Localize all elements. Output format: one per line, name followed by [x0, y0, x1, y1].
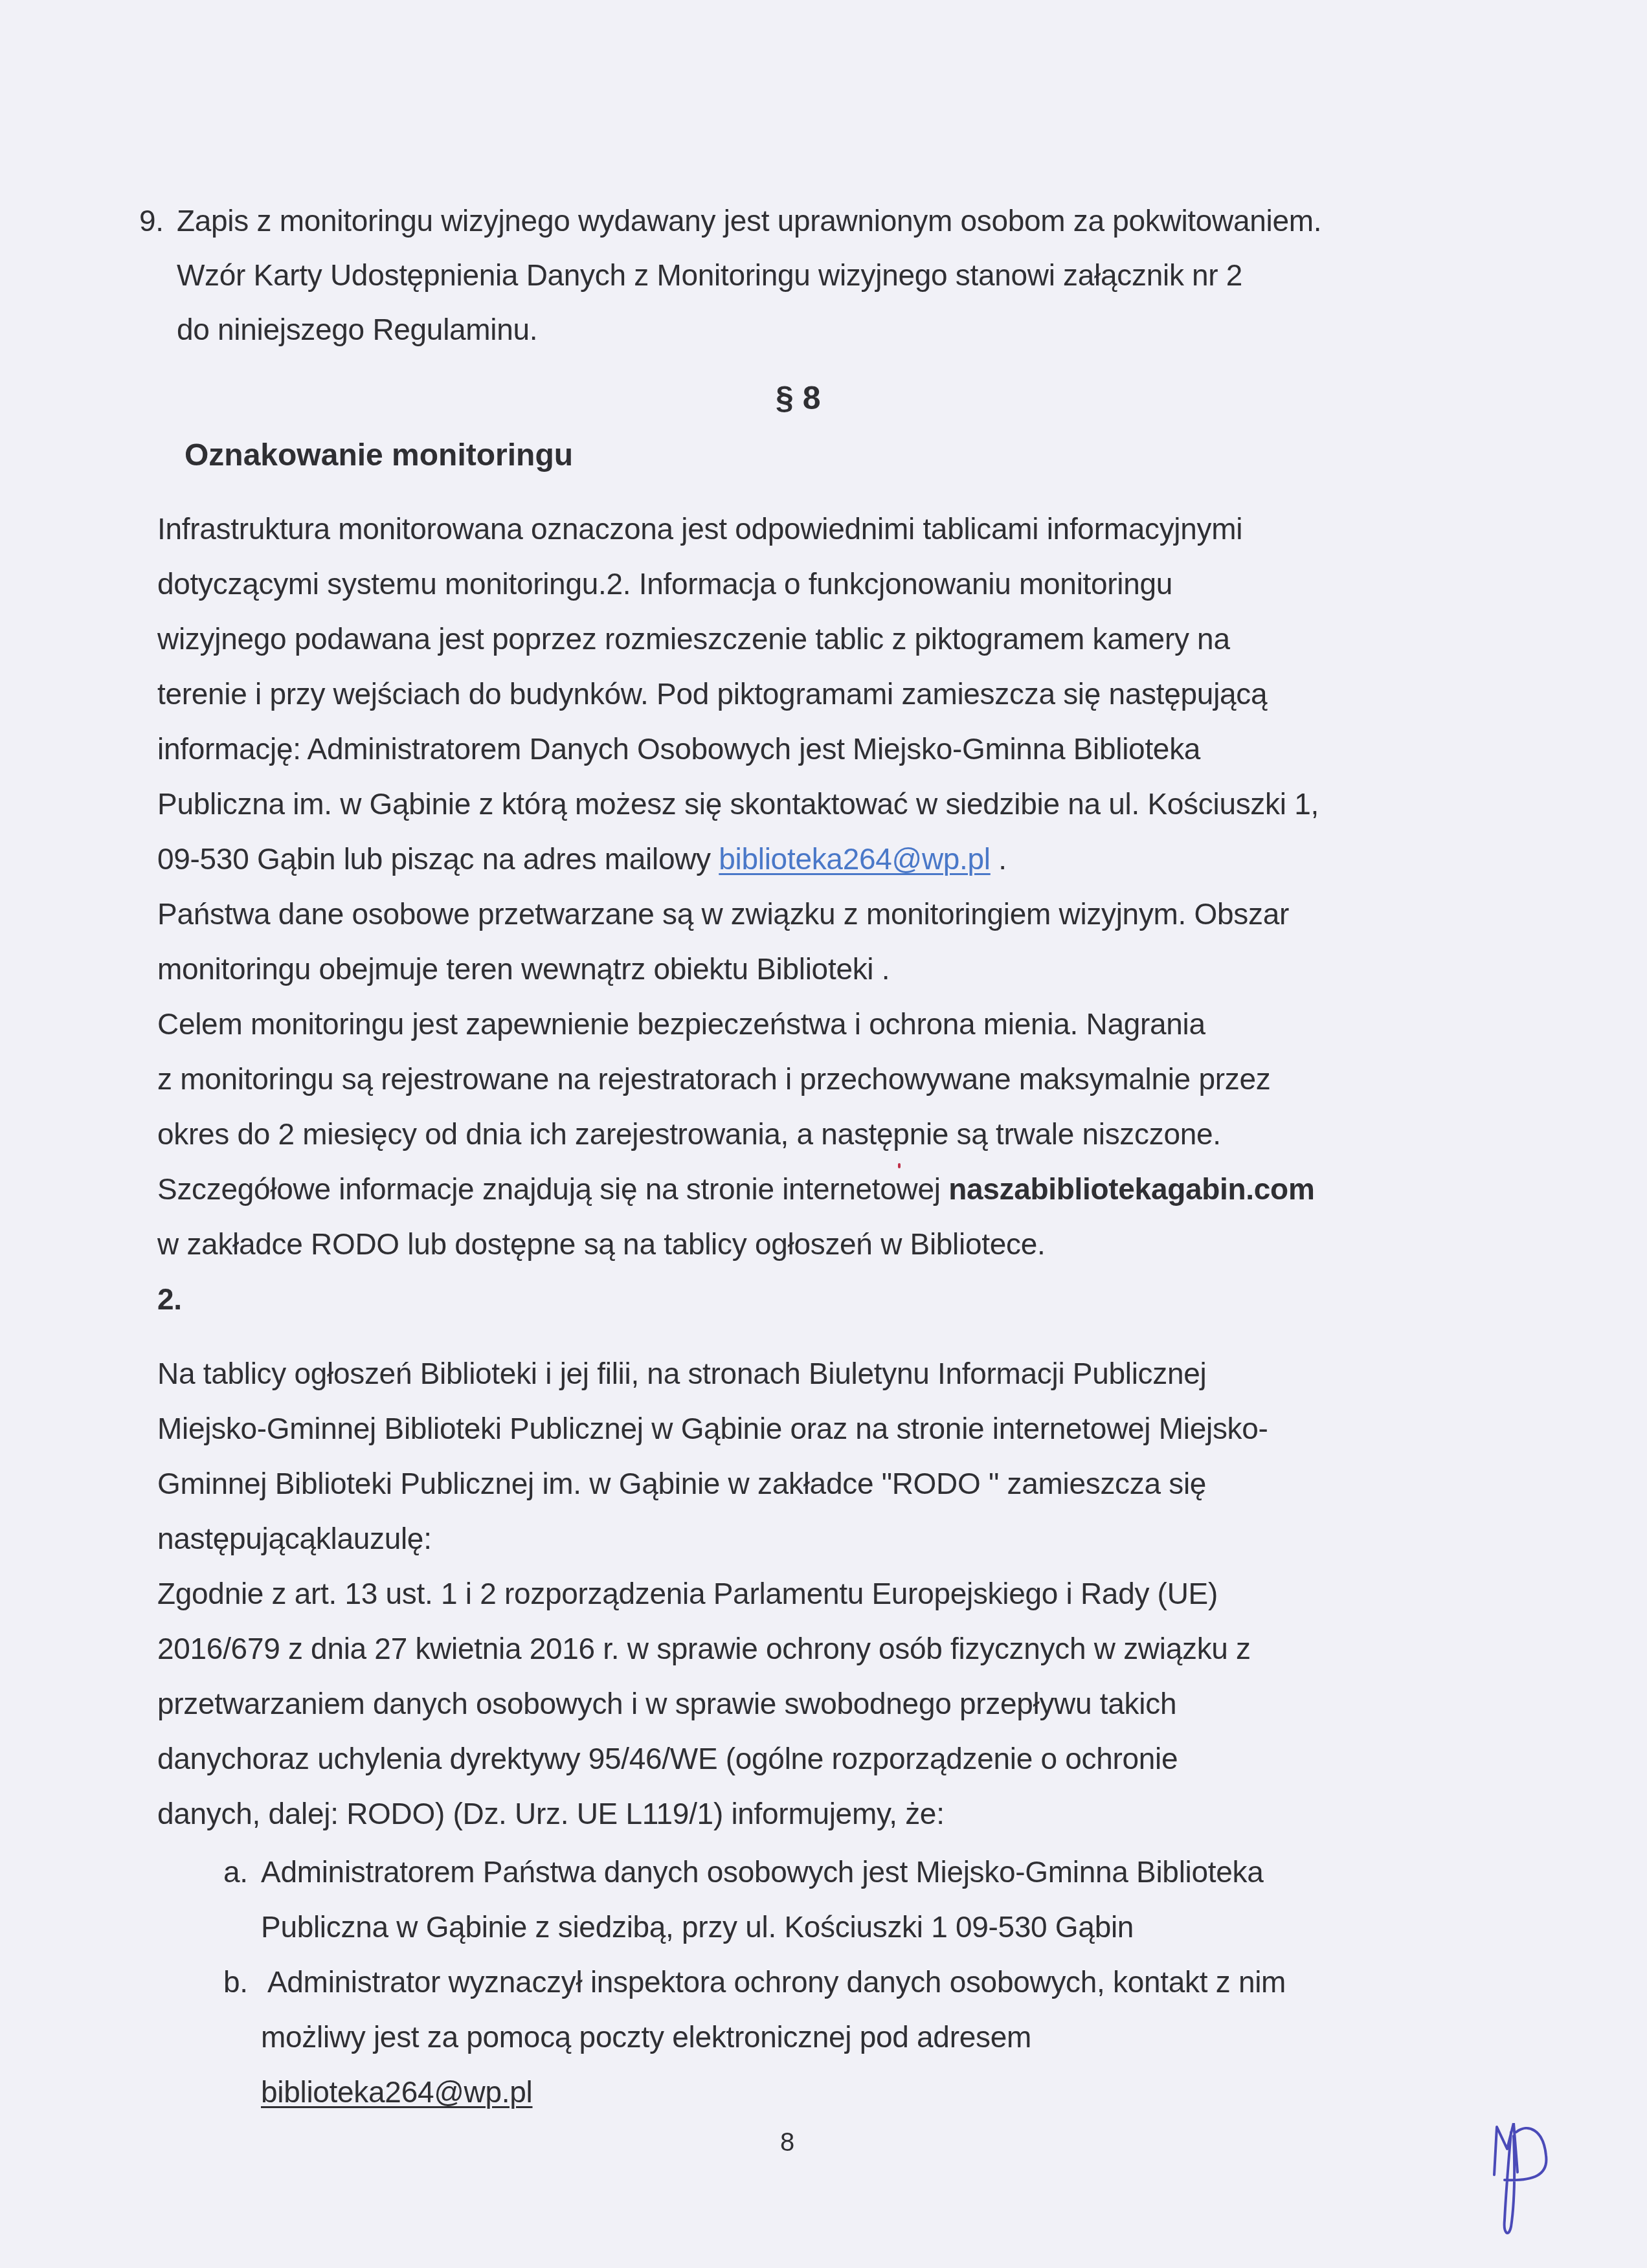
item-9-line-3: do niniejszego Regulaminu.	[177, 315, 537, 344]
paragraph-1-line: w zakładce RODO lub dostępne są na tabli…	[157, 1229, 1045, 1259]
paragraph-2-line: Gminnej Biblioteki Publicznej im. w Gąbi…	[157, 1469, 1206, 1498]
paragraph-1-line: z monitoringu są rejestrowane na rejestr…	[157, 1064, 1270, 1094]
paragraph-1-email-line: 09-530 Gąbin lub pisząc na adres mailowy…	[157, 844, 1007, 874]
paragraph-2-line: Miejsko-Gminnej Biblioteki Publicznej w …	[157, 1414, 1268, 1443]
section-symbol: § 8	[776, 379, 821, 417]
website-name: naszabibliotekagabin.com	[948, 1172, 1314, 1206]
paragraph-1-line: informację: Administratorem Danych Osobo…	[157, 734, 1200, 764]
item-2-label: 2.	[157, 1284, 182, 1314]
paragraph-1-line: terenie i przy wejściach do budynków. Po…	[157, 679, 1267, 709]
paragraph-2-line: przetwarzaniem danych osobowych i w spra…	[157, 1689, 1176, 1718]
page-number: 8	[780, 2128, 794, 2157]
paragraph-2-line: Zgodnie z art. 13 ust. 1 i 2 rozporządze…	[157, 1579, 1218, 1608]
section-title: Oznakowanie monitoringu	[185, 438, 573, 473]
item-9-text: Zapis z monitoringu wizyjnego wydawany j…	[177, 204, 1321, 238]
list-item-b-line-2: możliwy jest za pomocą poczty elektronic…	[261, 2022, 1031, 2052]
signature-icon	[1489, 2123, 1567, 2252]
paragraph-1-line: Państwa dane osobowe przetwarzane są w z…	[157, 899, 1289, 929]
list-marker-a: a.	[223, 1857, 261, 1887]
item-9-number: 9.	[139, 206, 177, 236]
paragraph-2-line: Na tablicy ogłoszeń Biblioteki i jej fil…	[157, 1359, 1206, 1388]
website-line-prefix: Szczegółowe informacje znajdują się na s…	[157, 1172, 948, 1206]
paragraph-2-line: danychoraz uchylenia dyrektywy 95/46/WE …	[157, 1744, 1178, 1773]
list-item-a-line-2: Publiczna w Gąbinie z siedzibą, przy ul.…	[261, 1912, 1134, 1942]
item-9-line-1: 9.Zapis z monitoringu wizyjnego wydawany…	[139, 206, 1321, 236]
paragraph-2-line: danych, dalej: RODO) (Dz. Urz. UE L119/1…	[157, 1799, 945, 1829]
email-link[interactable]: biblioteka264@wp.pl	[719, 842, 991, 876]
paragraph-1-line: okres do 2 miesięcy od dnia ich zarejest…	[157, 1119, 1221, 1149]
list-item-b-email-line: biblioteka264@wp.pl	[261, 2077, 533, 2107]
list-marker-b: b.	[223, 1967, 261, 1997]
paragraph-1-line: Celem monitoringu jest zapewnienie bezpi…	[157, 1009, 1205, 1039]
email-line-suffix: .	[991, 842, 1007, 876]
paragraph-1-website-line: Szczegółowe informacje znajdują się na s…	[157, 1174, 1315, 1204]
item-9-line-2: Wzór Karty Udostępnienia Danych z Monito…	[177, 260, 1242, 290]
inspector-email-link[interactable]: biblioteka264@wp.pl	[261, 2075, 533, 2109]
paragraph-2-line: 2016/679 z dnia 27 kwietnia 2016 r. w sp…	[157, 1634, 1251, 1663]
red-speck	[898, 1163, 901, 1168]
list-item-a: a.Administratorem Państwa danych osobowy…	[223, 1857, 1264, 1887]
paragraph-2-line: następującąklauzulę:	[157, 1524, 432, 1553]
email-line-prefix: 09-530 Gąbin lub pisząc na adres mailowy	[157, 842, 719, 876]
list-item-b: b. Administrator wyznaczył inspektora oc…	[223, 1967, 1286, 1997]
paragraph-1-line: Infrastruktura monitorowana oznaczona je…	[157, 514, 1242, 544]
paragraph-1-line: Publiczna im. w Gąbinie z którą możesz s…	[157, 789, 1319, 819]
paragraph-1-line: monitoringu obejmuje teren wewnątrz obie…	[157, 954, 890, 984]
paragraph-1-line: dotyczącymi systemu monitoringu.2. Infor…	[157, 569, 1172, 599]
list-item-b-text: Administrator wyznaczył inspektora ochro…	[261, 1965, 1286, 1999]
list-item-a-text: Administratorem Państwa danych osobowych…	[261, 1855, 1264, 1889]
paragraph-1-line: wizyjnego podawana jest poprzez rozmiesz…	[157, 624, 1230, 654]
